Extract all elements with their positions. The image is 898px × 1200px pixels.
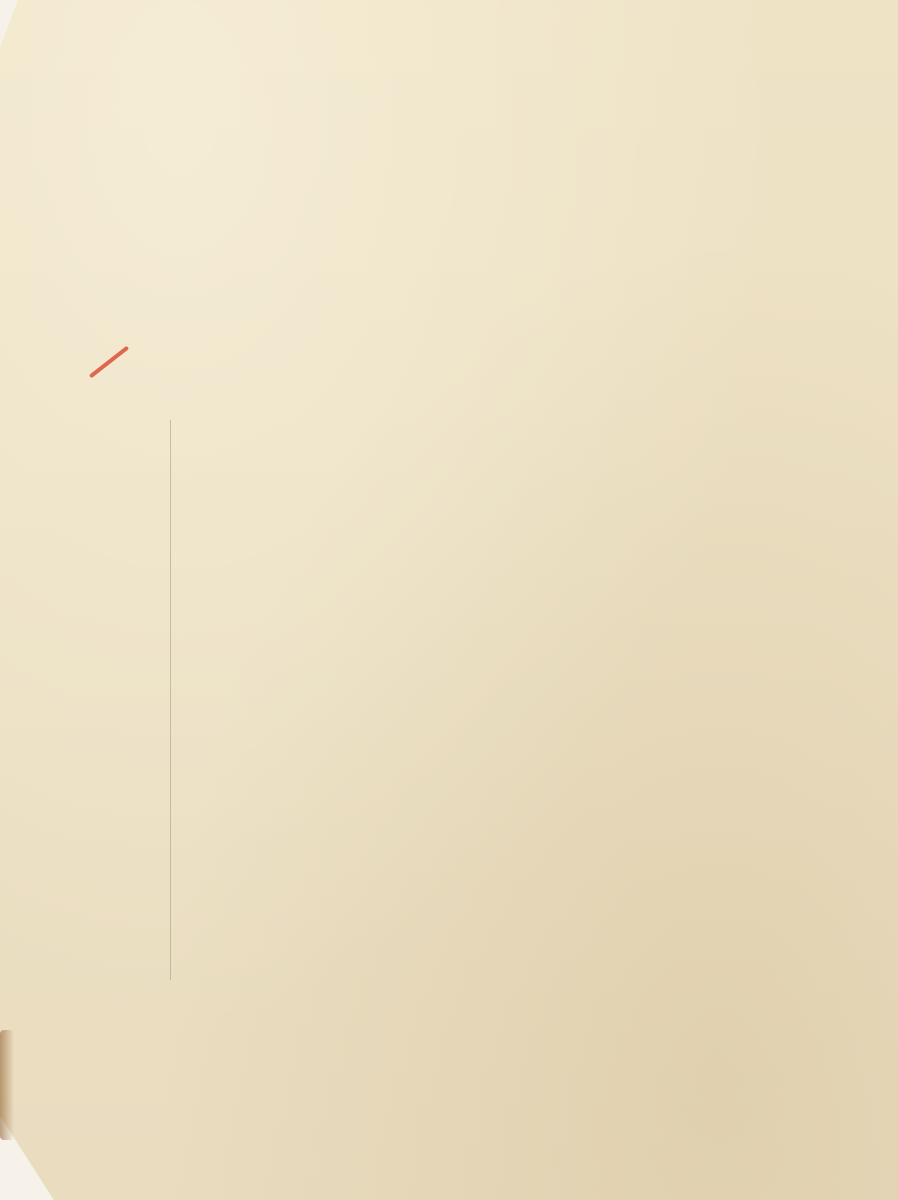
letter-page [0,0,898,1200]
margin-line [170,420,171,980]
paper-stain [0,1030,14,1140]
